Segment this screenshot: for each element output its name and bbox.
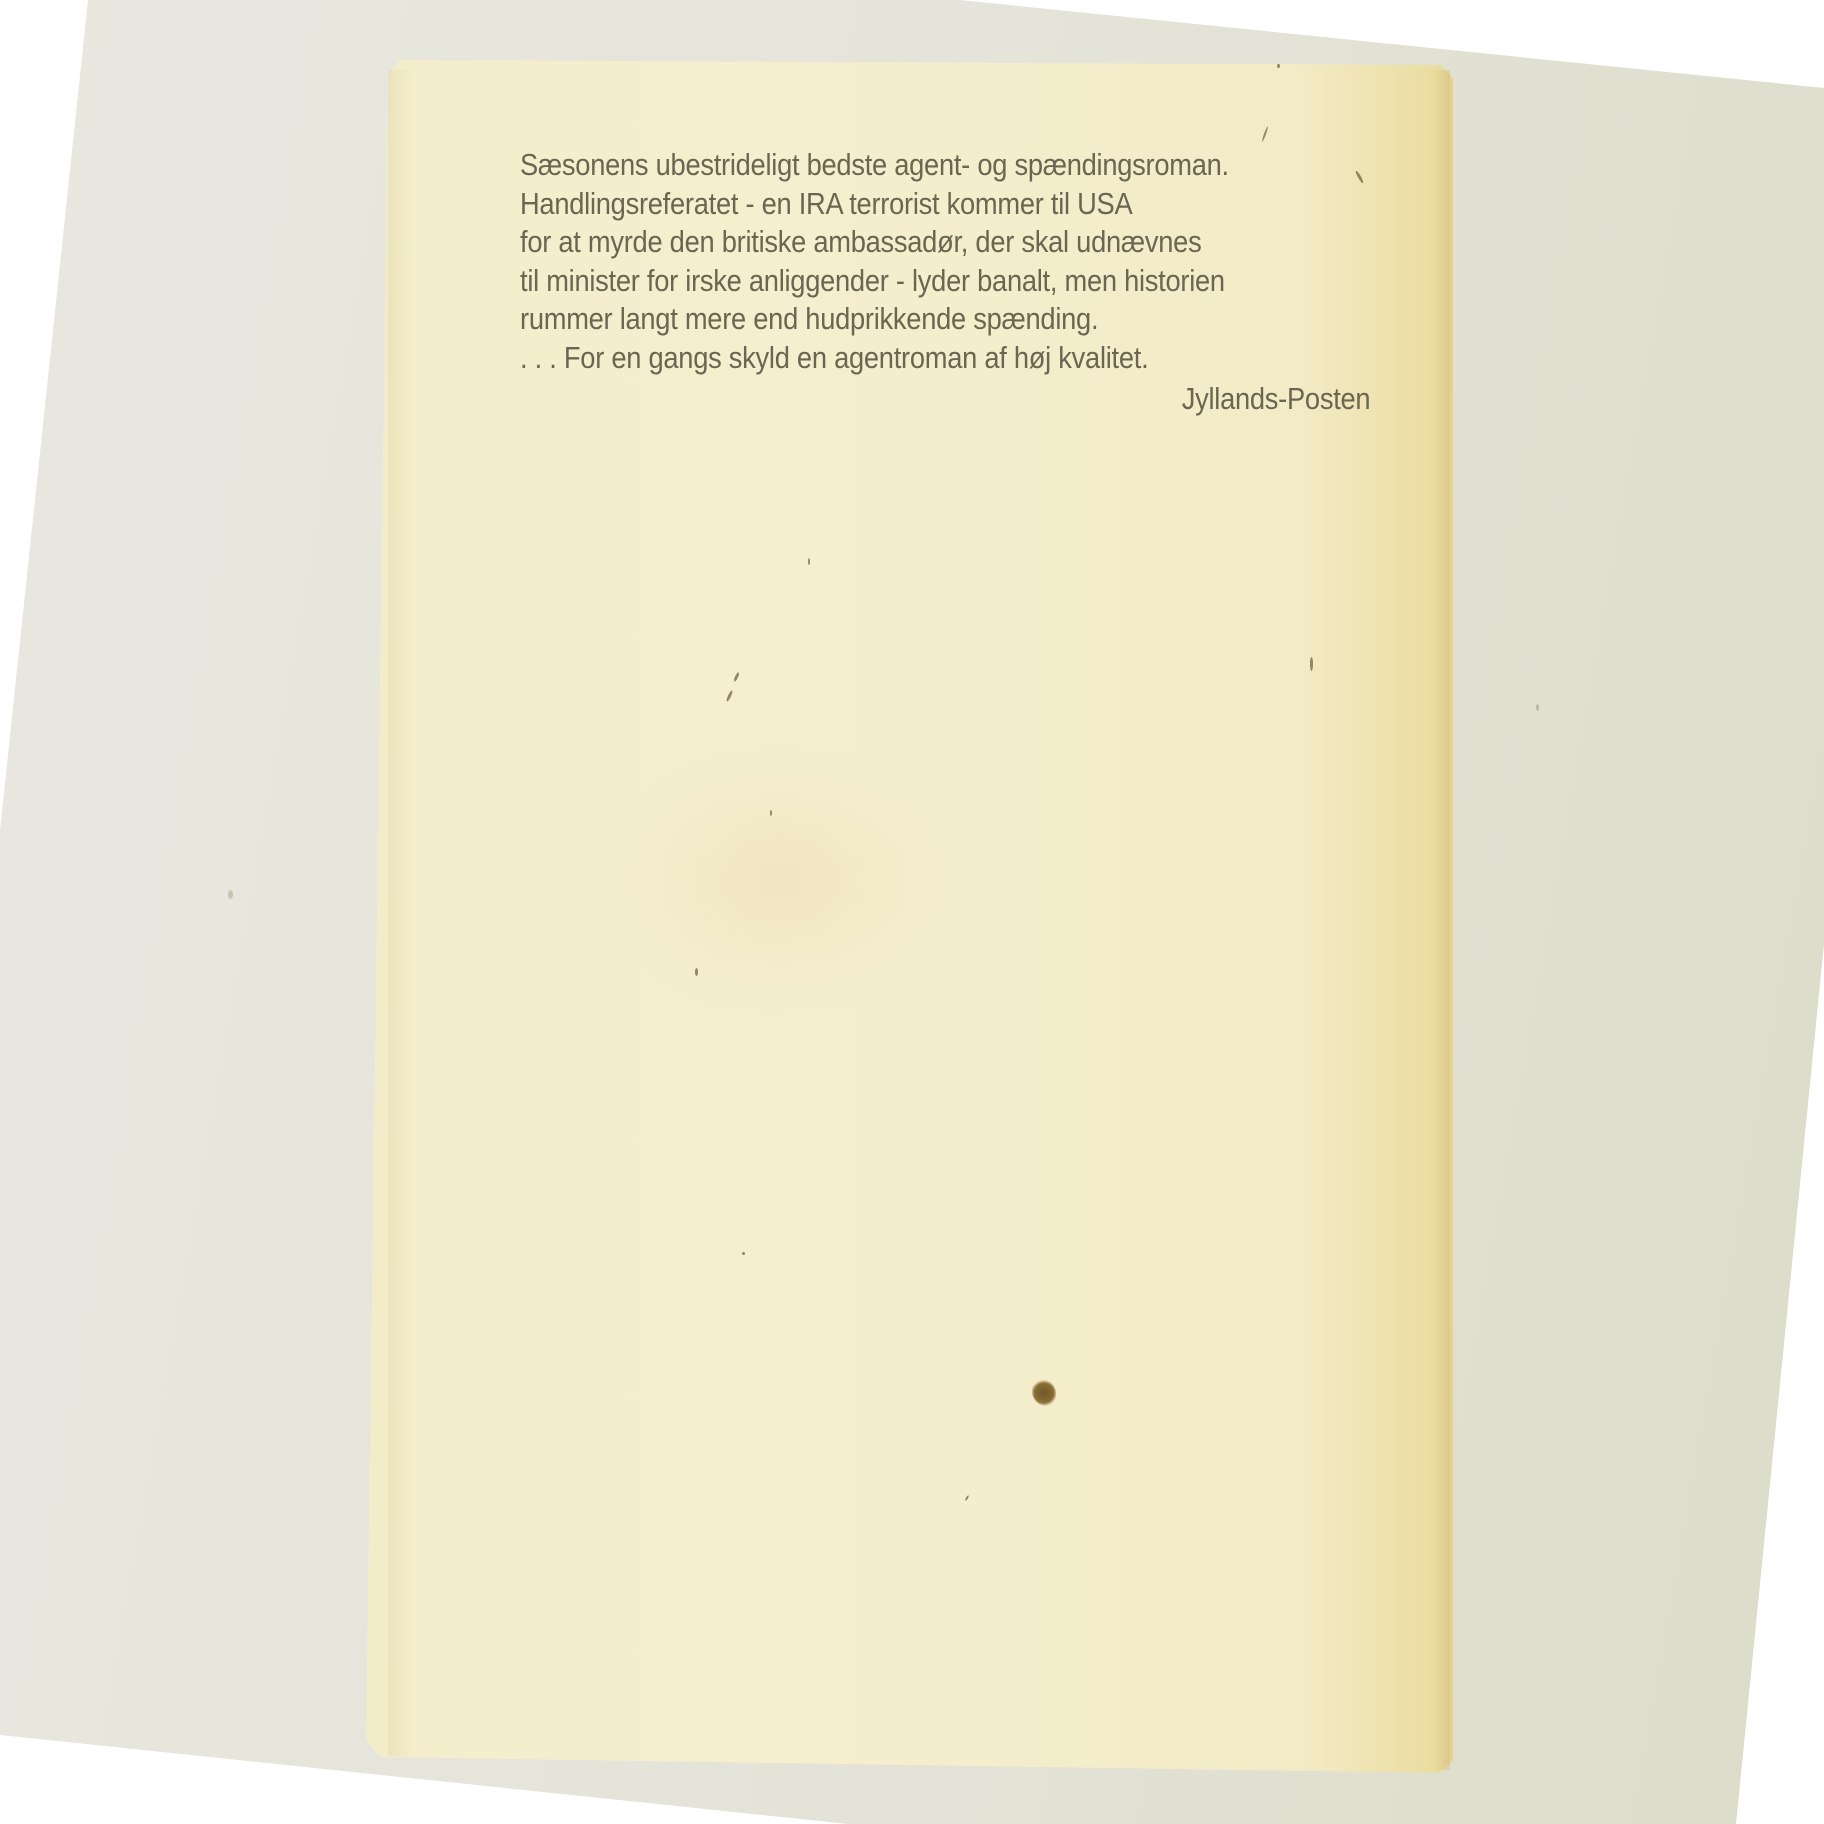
- backdrop-speck: [228, 890, 233, 899]
- cover-speck: [1277, 64, 1280, 68]
- blurb-line: til minister for irske anliggender - lyd…: [520, 262, 1277, 301]
- blurb-line: Sæsonens ubestrideligt bedste agent- og …: [520, 146, 1277, 185]
- blurb-line: . . . For en gangs skyld en agentroman a…: [520, 339, 1277, 378]
- cover-right-edge-wear: [1430, 70, 1450, 1770]
- blurb-line: Handlingsreferatet - en IRA terrorist ko…: [520, 185, 1277, 224]
- review-blurb: Sæsonens ubestrideligt bedste agent- og …: [520, 146, 1277, 377]
- review-source-text: Jyllands-Posten: [1181, 380, 1370, 418]
- cover-spine-fold: [388, 70, 414, 1756]
- blurb-line: rummer langt mere end hudprikkende spænd…: [520, 300, 1277, 339]
- backdrop-speck: [1536, 704, 1539, 711]
- photo-scene: Sæsonens ubestrideligt bedste agent- og …: [0, 0, 1824, 1824]
- review-source: Jyllands-Posten: [520, 380, 1370, 418]
- blurb-line: for at myrde den britiske ambassadør, de…: [520, 223, 1277, 262]
- cover-speck: [808, 558, 810, 565]
- brown-stain-spot: [1032, 1380, 1056, 1406]
- cover-speck: [770, 810, 772, 816]
- cover-speck: [695, 968, 698, 976]
- cover-speck: [1310, 657, 1313, 671]
- cover-speck: [742, 1252, 745, 1255]
